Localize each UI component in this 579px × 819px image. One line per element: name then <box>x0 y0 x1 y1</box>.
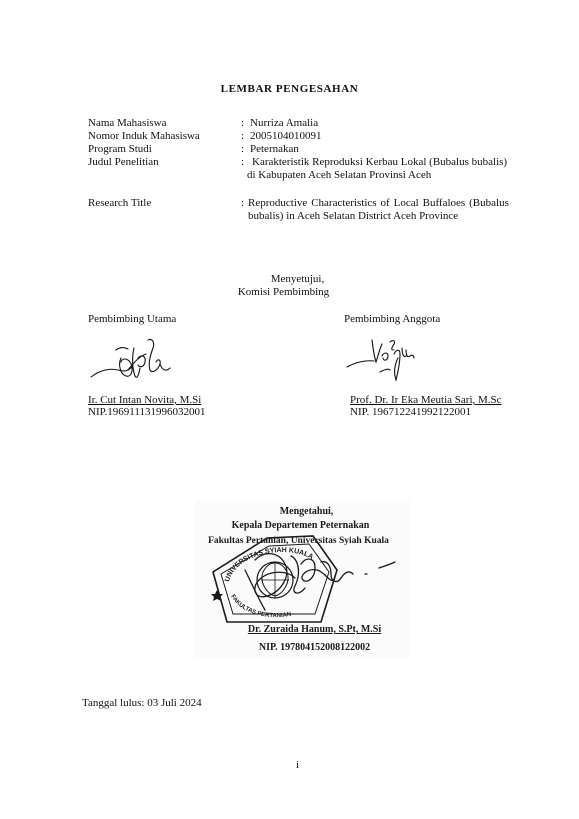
field-value-judul: Karakteristik Reproduksi Kerbau Lokal (B… <box>252 156 507 169</box>
field-value-nim: 2005104010091 <box>250 130 322 143</box>
field-value-research-title: Reproductive Characteristics of Local Bu… <box>248 197 509 210</box>
approval-line1: Menyetujui, <box>0 273 579 286</box>
supervisor-2-nip: NIP. 196712241992122001 <box>350 406 471 419</box>
field-colon: : <box>241 156 244 169</box>
field-colon: : <box>241 130 244 143</box>
field-colon: : <box>241 197 244 210</box>
field-value-judul-line2: di Kabupaten Aceh Selatan Provinsi Aceh <box>247 169 431 182</box>
supervisor-1-role: Pembimbing Utama <box>88 313 176 326</box>
official-stamp-icon: UNIVERSITAS SYIAH KUALA FAKULTAS PERTANI… <box>195 530 410 635</box>
field-label-nama: Nama Mahasiswa <box>88 117 167 130</box>
field-value-research-title-line2: bubalis) in Aceh Selatan District Aceh P… <box>248 210 458 223</box>
supervisor-2-signature-image <box>344 334 434 386</box>
head-name: Dr. Zuraida Hanum, S.Pt, M.Si <box>207 623 422 636</box>
stamp-bottom-text: FAKULTAS PERTANIAN <box>229 594 292 619</box>
head-nip: NIP. 197804152008122002 <box>207 641 422 654</box>
head-line1: Mengetahui, <box>199 505 414 518</box>
supervisor-2-role: Pembimbing Anggota <box>344 313 440 326</box>
department-head-approval-scan: Mengetahui, Kepala Departemen Peternakan… <box>195 500 410 658</box>
field-value-nama: Nurriza Amalia <box>250 117 318 130</box>
field-value-program-studi: Peternakan <box>250 143 299 156</box>
supervisor-1-nip: NIP.196911131996032001 <box>88 406 205 419</box>
field-label-program-studi: Program Studi <box>88 143 152 156</box>
field-label-nim: Nomor Induk Mahasiswa <box>88 130 200 143</box>
page-title: LEMBAR PENGESAHAN <box>0 83 579 96</box>
graduation-date: Tanggal lulus: 03 Juli 2024 <box>82 697 202 710</box>
svg-text:FAKULTAS PERTANIAN: FAKULTAS PERTANIAN <box>229 594 292 619</box>
field-label-judul: Judul Penelitian <box>88 156 159 169</box>
approval-line2: Komisi Pembimbing <box>0 286 573 299</box>
page-number: i <box>8 759 579 772</box>
supervisor-1-signature-image <box>88 334 178 389</box>
field-colon: : <box>241 143 244 156</box>
field-label-research-title: Research Title <box>88 197 151 210</box>
field-colon: : <box>241 117 244 130</box>
